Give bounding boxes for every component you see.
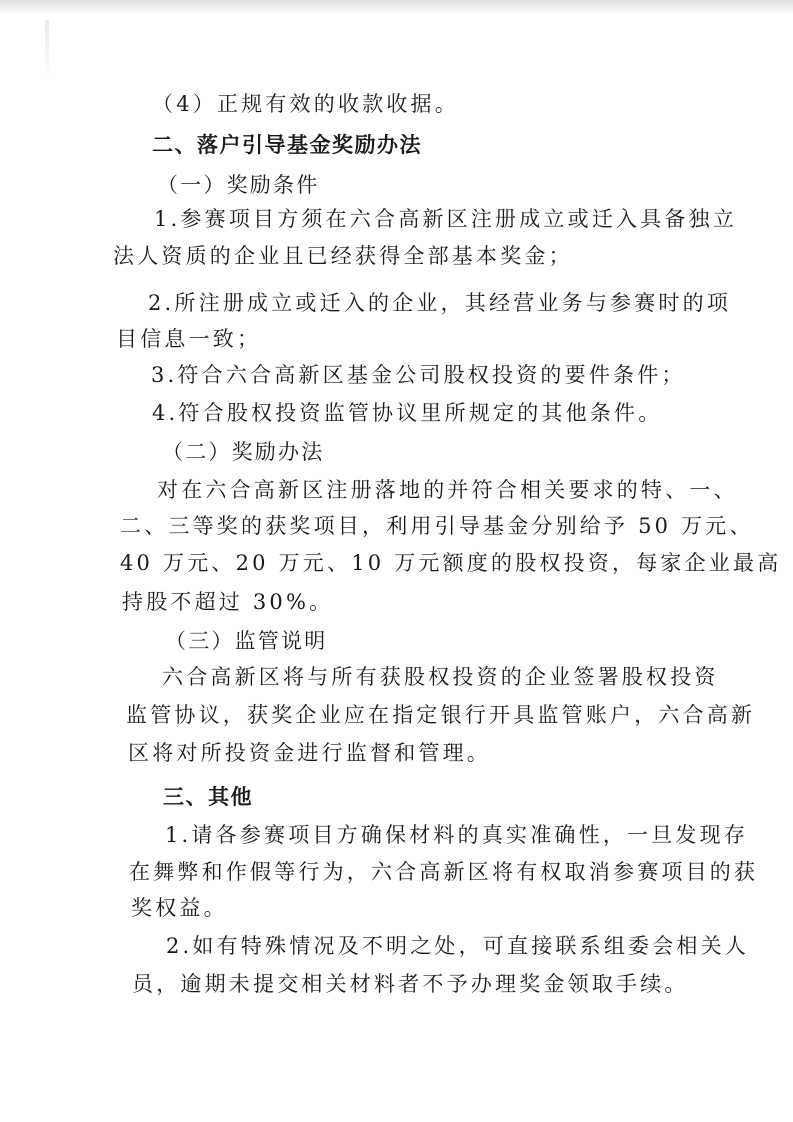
paragraph-line: 对在六合高新区注册落地的并符合相关要求的特、一、 — [157, 476, 738, 504]
subsection-heading-supervision: （三）监管说明 — [165, 627, 327, 655]
section-heading-fund-reward: 二、落户引导基金奖励办法 — [152, 131, 422, 159]
paragraph-line: 法人资质的企业且已经获得全部基本奖金； — [113, 242, 573, 270]
paragraph-line: 奖权益。 — [131, 894, 228, 922]
paragraph-line: 目信息一致； — [116, 325, 261, 353]
paragraph-line: 1.请各参赛项目方确保材料的真实准确性，一旦发现存 — [165, 821, 748, 849]
subsection-heading-reward-method: （二）奖励办法 — [162, 438, 324, 466]
paragraph-line: 区将对所投资金进行监督和管理。 — [128, 739, 491, 767]
paragraph-line: 员，逾期未提交相关材料者不予办理奖金领取手续。 — [132, 970, 689, 998]
paragraph-line: 4.符合股权投资监管协议里所规定的其他条件。 — [152, 399, 662, 427]
list-item-receipt: （4）正规有效的收款收据。 — [152, 90, 459, 118]
paragraph-line: 在舞弊和作假等行为，六合高新区将有权取消参赛项目的获 — [129, 858, 758, 886]
paragraph-line: 40 万元、20 万元、10 万元额度的股权投资，每家企业最高 — [120, 549, 781, 577]
paragraph-line: 监管协议，获奖企业应在指定银行开具监管账户，六合高新 — [126, 701, 755, 729]
paragraph-line: 2.如有特殊情况及不明之处，可直接联系组委会相关人 — [166, 932, 749, 960]
paragraph-line: 3.符合六合高新区基金公司股权投资的要件条件； — [151, 361, 686, 389]
paragraph-line: 六合高新区将与所有获股权投资的企业签署股权投资 — [162, 663, 719, 691]
paragraph-line: 持股不超过 30%。 — [122, 588, 333, 616]
document-page: （4）正规有效的收款收据。 二、落户引导基金奖励办法 （一）奖励条件 1.参赛项… — [0, 0, 793, 1122]
paragraph-line: 二、三等奖的获奖项目，利用引导基金分别给予 50 万元、 — [120, 512, 754, 540]
paragraph-line: 1.参赛项目方须在六合高新区注册成立或迁入具备独立 — [154, 205, 737, 233]
subsection-heading-reward-conditions: （一）奖励条件 — [157, 171, 319, 199]
section-heading-other: 三、其他 — [163, 783, 253, 811]
paragraph-line: 2.所注册成立或迁入的企业，其经营业务与参赛时的项 — [148, 289, 731, 317]
